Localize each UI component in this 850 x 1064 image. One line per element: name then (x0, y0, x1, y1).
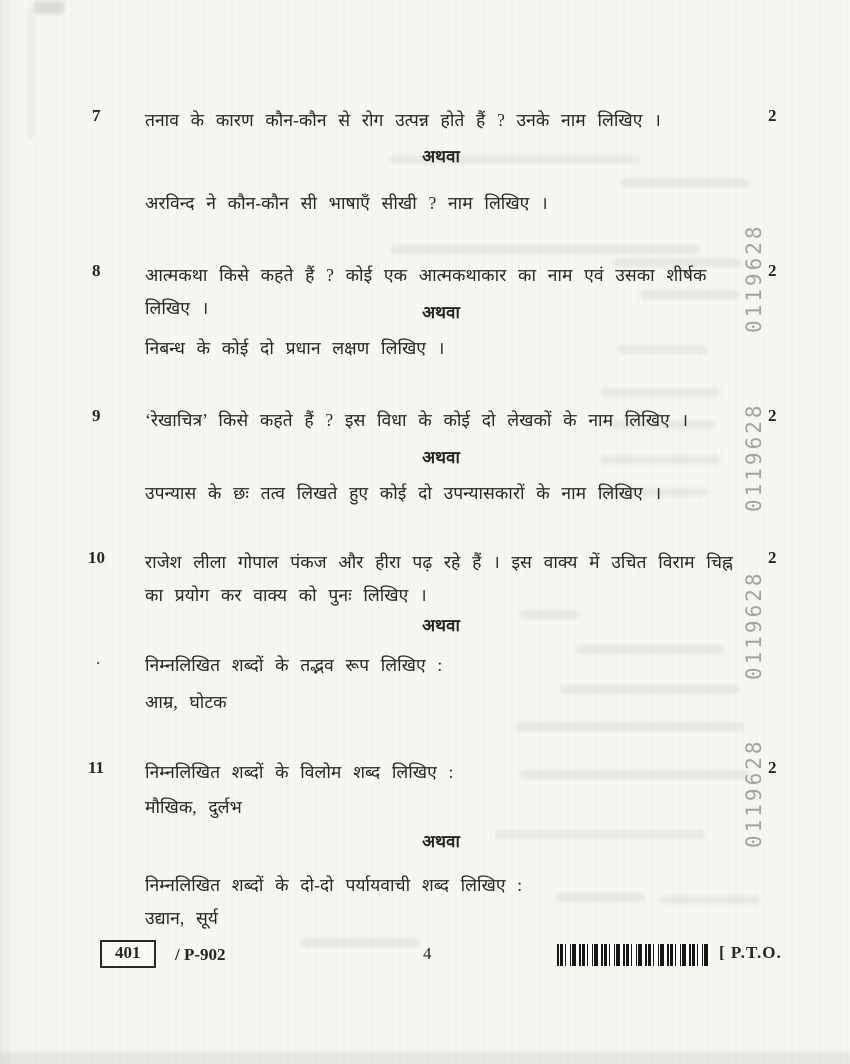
paper-code-suffix: / P-902 (175, 945, 226, 965)
bleed-through-line (515, 722, 745, 731)
question-11-alt-words: उद्यान, सूर्य (145, 902, 745, 935)
question-11-marks: 2 (768, 758, 777, 778)
scan-bottom-band (0, 1051, 850, 1064)
bleed-through-line (620, 178, 750, 187)
or-separator: अथवा (145, 445, 737, 468)
stray-dot-mark: . (96, 649, 100, 669)
question-8-alt-text: निबन्ध के कोई दो प्रधान लक्षण लिखिए । (145, 332, 745, 365)
or-separator: अथवा (145, 613, 737, 636)
question-10-marks: 2 (768, 548, 777, 568)
serial-number-stamp: 0119628 (742, 738, 766, 848)
paper-code-box: 401 (100, 940, 156, 968)
question-11-alt-heading: निम्नलिखित शब्दों के दो-दो पर्यायवाची शब… (145, 869, 745, 902)
question-9-text: ‘रेखाचित्र’ किसे कहते हैं ? इस विधा के क… (145, 404, 745, 437)
question-11-text: निम्नलिखित शब्दों के विलोम शब्द लिखिए : (145, 756, 745, 789)
page-number: 4 (423, 944, 432, 964)
question-8-marks: 2 (768, 261, 777, 281)
bleed-through-line (300, 938, 420, 947)
exam-question-paper-page: 0119628 0119628 0119628 0119628 7 तनाव क… (0, 0, 850, 1064)
bleed-through-line (390, 245, 700, 254)
question-11-words: मौखिक, दुर्लभ (145, 791, 745, 824)
scan-smudge (34, 1, 64, 14)
question-7-alt-text: अरविन्द ने कौन-कौन सी भाषाएँ सीखी ? नाम … (145, 187, 745, 220)
serial-number-stamp: 0119628 (742, 402, 766, 512)
question-7-text: तनाव के कारण कौन-कौन से रोग उत्पन्न होते… (145, 104, 745, 137)
barcode (557, 944, 710, 966)
question-7-marks: 2 (768, 106, 777, 126)
bleed-through-line (600, 388, 720, 397)
serial-number-stamp: 0119628 (742, 223, 766, 333)
question-9-marks: 2 (768, 406, 777, 426)
or-separator: अथवा (145, 144, 737, 167)
or-separator: अथवा (145, 300, 737, 323)
question-10-alt-words: आम्र, घोटक (145, 686, 745, 719)
question-9-alt-text: उपन्यास के छः तत्व लिखते हुए कोई दो उपन्… (145, 477, 745, 510)
pto-label: [ P.T.O. (719, 943, 782, 963)
question-10-number: 10 (88, 548, 105, 568)
or-separator: अथवा (145, 829, 737, 852)
question-10-alt-heading: निम्नलिखित शब्दों के तद्भव रूप लिखिए : (145, 649, 745, 682)
scan-streak (29, 8, 33, 138)
question-9-number: 9 (92, 406, 101, 426)
question-7-number: 7 (92, 106, 101, 126)
question-8-number: 8 (92, 261, 101, 281)
question-10-text: राजेश लीला गोपाल पंकज और हीरा पढ़ रहे है… (145, 546, 755, 612)
question-11-number: 11 (88, 758, 104, 778)
